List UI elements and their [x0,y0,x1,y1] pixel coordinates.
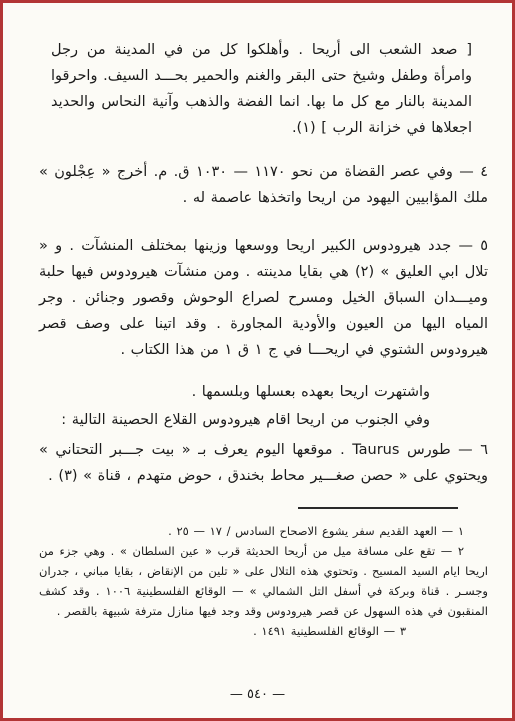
book-page: [ صعد الشعب الى أريحا . وأهلكوا كل من في… [3,3,512,718]
paragraph-southern-fortresses: وفي الجنوب من اريحا اقام هيرودوس القلاع … [39,407,488,433]
footnote-1: ١ — العهد القديم سفر يشوع الاصحاح السادس… [39,521,488,541]
page-number: — ٥٤٠ — [3,687,512,702]
numbered-item-5: ٥ — جدد هيرودوس الكبير اريحا ووسعها وزين… [39,233,488,363]
numbered-item-4: ٤ — وفي عصر القضاة من نحو ١١٧٠ — ١٠٣٠ ق.… [39,159,488,211]
footnotes-section: ١ — العهد القديم سفر يشوع الاصحاح السادس… [39,521,488,641]
paragraph-honey-balsam: واشتهرت اريحا بعهده بعسلها وبلسمها . [39,379,488,405]
footnote-divider-rule [298,507,458,509]
scan-border-frame: [ صعد الشعب الى أريحا . وأهلكوا كل من في… [0,0,515,721]
footnote-3: ٣ — الوقائع الفلسطينية ١٤٩١ . [39,621,406,641]
scripture-quote-paragraph: [ صعد الشعب الى أريحا . وأهلكوا كل من في… [51,37,472,141]
numbered-item-6-taurus: ٦ — طورس Taurus . موقعها اليوم يعرف بـ «… [39,437,488,489]
footnote-2: ٢ — تقع على مسافة ميل من أريحا الحديثة ق… [39,541,488,621]
